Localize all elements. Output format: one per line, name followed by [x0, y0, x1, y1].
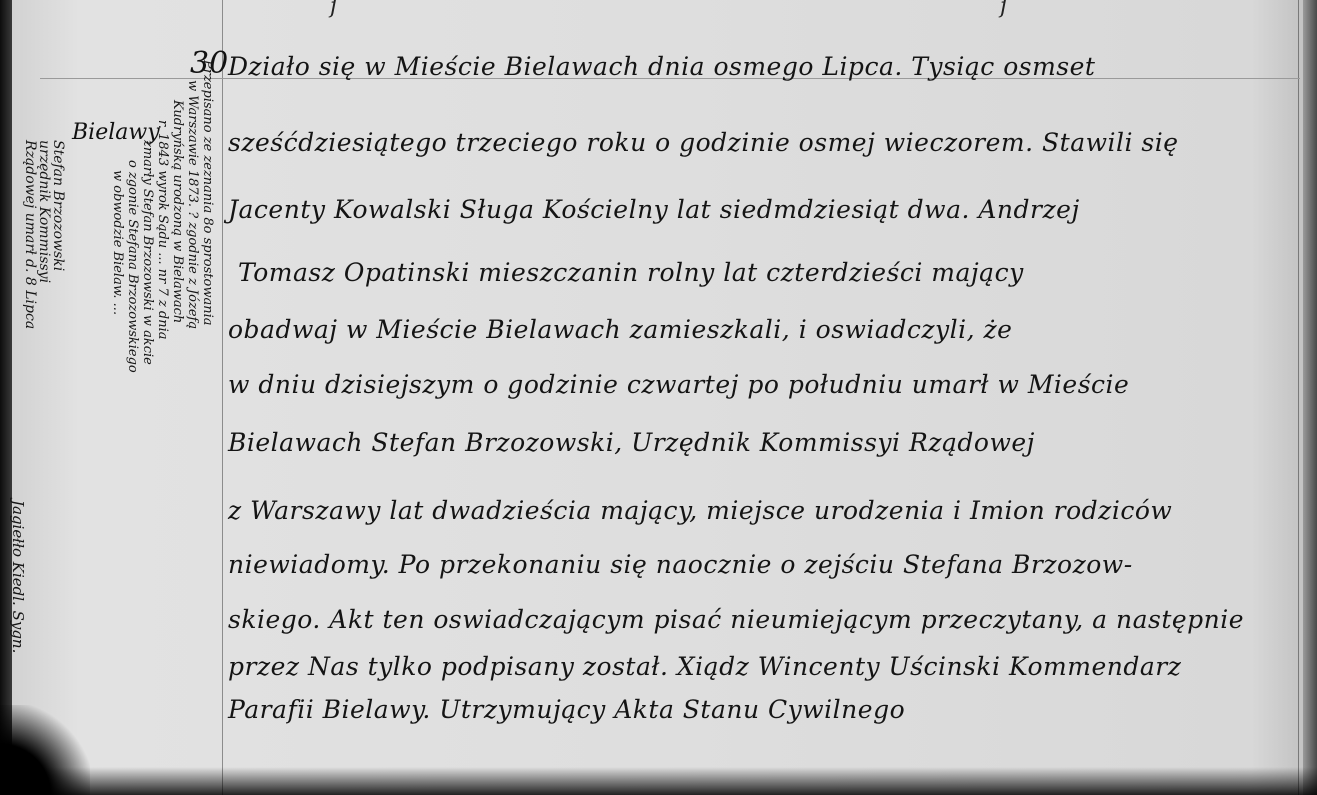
- record-line: Działo się w Mieście Bielawach dnia osme…: [228, 52, 1095, 81]
- side-column-line: zmarły Stefan Brzozowski w akcie: [140, 140, 155, 365]
- side-column-line: Kudryńską urodzoną w Bielawach: [170, 100, 185, 323]
- previous-entry-fragment: ſ: [330, 0, 338, 19]
- record-line: przez Nas tylko podpisany został. Xiądz …: [228, 652, 1181, 681]
- side-column-line: w Warszawie 1873. ? zgodnie z Józefą: [185, 80, 200, 329]
- record-line: sześćdziesiątego trzeciego roku o godzin…: [228, 128, 1179, 157]
- previous-entry-fragment: ſ: [1000, 0, 1008, 19]
- margin-note-line: Rządowej umarł d. 8 Lipca: [21, 140, 38, 329]
- page-right-edge: [1303, 0, 1317, 795]
- record-line: Tomasz Opatinski mieszczanin rolny lat c…: [238, 258, 1024, 287]
- record-line-signature: Parafii Bielawy. Utrzymujący Akta Stanu …: [228, 695, 905, 724]
- binding-spine: [0, 0, 12, 795]
- record-line: w dniu dzisiejszym o godzinie czwartej p…: [228, 370, 1129, 399]
- margin-rule: [222, 0, 223, 795]
- record-line: z Warszawy lat dwadzieścia mający, miejs…: [228, 496, 1172, 525]
- side-column-line: Przepisano ze zeznania 8o sprostowania: [200, 60, 215, 325]
- margin-signature: Jagiełło Kiedl. Sygn.: [9, 500, 26, 653]
- document-scan: ſ ſ 30 Bielawy Stefan Brzozowski urzędni…: [0, 0, 1317, 795]
- record-line: obadwaj w Mieście Bielawach zamieszkali,…: [228, 315, 1012, 344]
- side-column-line: o zgonie Stefana Brzozowskiego: [125, 160, 140, 373]
- scan-bottom-shadow: [0, 767, 1317, 795]
- record-line: niewiadomy. Po przekonaniu się naocznie …: [228, 550, 1133, 579]
- record-line: skiego. Akt ten oswiadczającym pisać nie…: [228, 605, 1244, 634]
- side-column-line: w obwodzie Bielaw. ...: [110, 170, 125, 315]
- record-line: Jacenty Kowalski Sługa Kościelny lat sie…: [228, 195, 1080, 224]
- record-line-deceased-name: Bielawach Stefan Brzozowski, Urzędnik Ko…: [228, 428, 1035, 457]
- side-column-line: r. 1843 wyrok Sądu ... nr 7 z dnia: [155, 120, 170, 340]
- right-rule: [1298, 0, 1299, 795]
